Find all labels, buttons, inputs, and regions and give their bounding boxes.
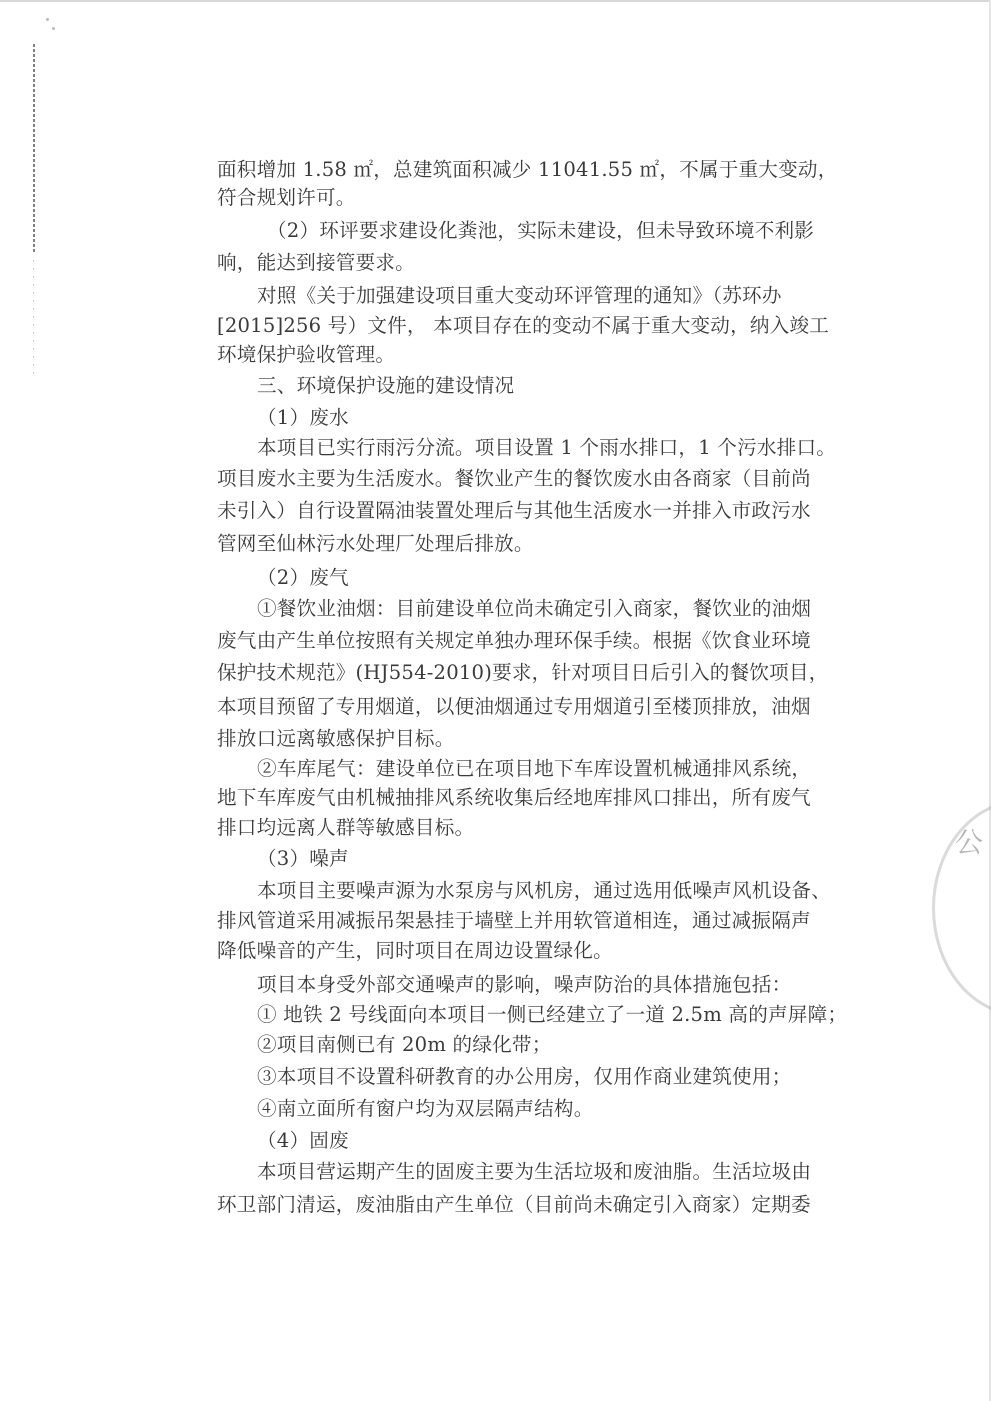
text-line: （4）固废 xyxy=(257,1129,349,1153)
text-line: ②车库尾气：建设单位已在项目地下车库设置机械通排风系统， xyxy=(257,757,811,781)
text-line: 环境保护验收管理。 xyxy=(217,343,395,367)
text-line: ①餐饮业油烟：目前建设单位尚未确定引入商家，餐饮业的油烟 xyxy=(257,597,811,621)
stamp-character: 公 xyxy=(955,821,983,861)
text-line: 管网至仙林污水处理厂处理后排放。 xyxy=(217,532,534,556)
text-line: 本项目主要噪声源为水泵房与风机房，通过选用低噪声风机设备、 xyxy=(257,879,831,903)
text-line: 项目本身受外部交通噪声的影响，噪声防治的具体措施包括： xyxy=(257,973,791,997)
text-line: 地下车库废气由机械抽排风系统收集后经地库排风口排出，所有废气 xyxy=(217,786,811,810)
text-line: 三、环境保护设施的建设情况 xyxy=(257,374,514,398)
scan-speck xyxy=(52,27,55,30)
text-line: （2）废气 xyxy=(257,566,349,590)
binding-margin-mark-faint xyxy=(33,260,34,380)
text-line: 环卫部门清运，废油脂由产生单位（目前尚未确定引入商家）定期委 xyxy=(217,1193,811,1217)
binding-margin-mark xyxy=(33,44,35,254)
text-line: 降低噪音的产生，同时项目在周边设置绿化。 xyxy=(217,939,613,963)
text-line: 本项目营运期产生的固废主要为生活垃圾和废油脂。生活垃圾由 xyxy=(257,1160,811,1184)
text-line: [2015]256 号）文件， 本项目存在的变动不属于重大变动，纳入竣工 xyxy=(217,314,829,338)
text-line: ③本项目不设置科研教育的办公用房，仅用作商业建筑使用； xyxy=(257,1065,791,1089)
text-line: 面积增加 1.58 ㎡，总建筑面积减少 11041.55 ㎡，不属于重大变动， xyxy=(217,158,838,182)
text-line: 本项目已实行雨污分流。项目设置 1 个雨水排口，1 个污水排口。 xyxy=(257,436,836,460)
scan-top-edge xyxy=(0,0,991,2)
text-line: 排放口远离敏感保护目标。 xyxy=(217,727,455,751)
text-line: （3）噪声 xyxy=(257,847,349,871)
text-line: ②项目南侧已有 20m 的绿化带； xyxy=(257,1033,552,1057)
text-line: 符合规划许可。 xyxy=(217,186,356,210)
text-line: 响，能达到接管要求。 xyxy=(217,251,415,275)
text-line: 对照《关于加强建设项目重大变动环评管理的通知》（苏环办 xyxy=(257,284,782,308)
text-line: （1）废水 xyxy=(257,406,349,430)
text-line: 未引入）自行设置隔油装置处理后与其他生活废水一并排入市政污水 xyxy=(217,499,811,523)
text-line: 排风管道采用减振吊架悬挂于墙壁上并用软管道相连，通过减振隔声 xyxy=(217,909,811,933)
text-line: ④南立面所有窗户均为双层隔声结构。 xyxy=(257,1097,594,1121)
official-seal-stamp: 公 xyxy=(932,800,991,1016)
text-line: （2）环评要求建设化粪池，实际未建设，但未导致环境不利影 xyxy=(267,219,814,243)
text-line: 保护技术规范》(HJ554-2010)要求，针对项目日后引入的餐饮项目， xyxy=(217,661,829,685)
text-line: 排口均远离人群等敏感目标。 xyxy=(217,816,474,840)
text-line: 废气由产生单位按照有关规定单独办理环保手续。根据《饮食业环境 xyxy=(217,629,811,653)
text-line: 项目废水主要为生活废水。餐饮业产生的餐饮废水由各商家（目前尚 xyxy=(217,467,811,491)
text-line: 本项目预留了专用烟道，以便油烟通过专用烟道引至楼顶排放，油烟 xyxy=(217,695,811,719)
text-line: ① 地铁 2 号线面向本项目一侧已经建立了一道 2.5m 高的声屏障； xyxy=(257,1003,847,1027)
scan-speck xyxy=(46,18,49,21)
